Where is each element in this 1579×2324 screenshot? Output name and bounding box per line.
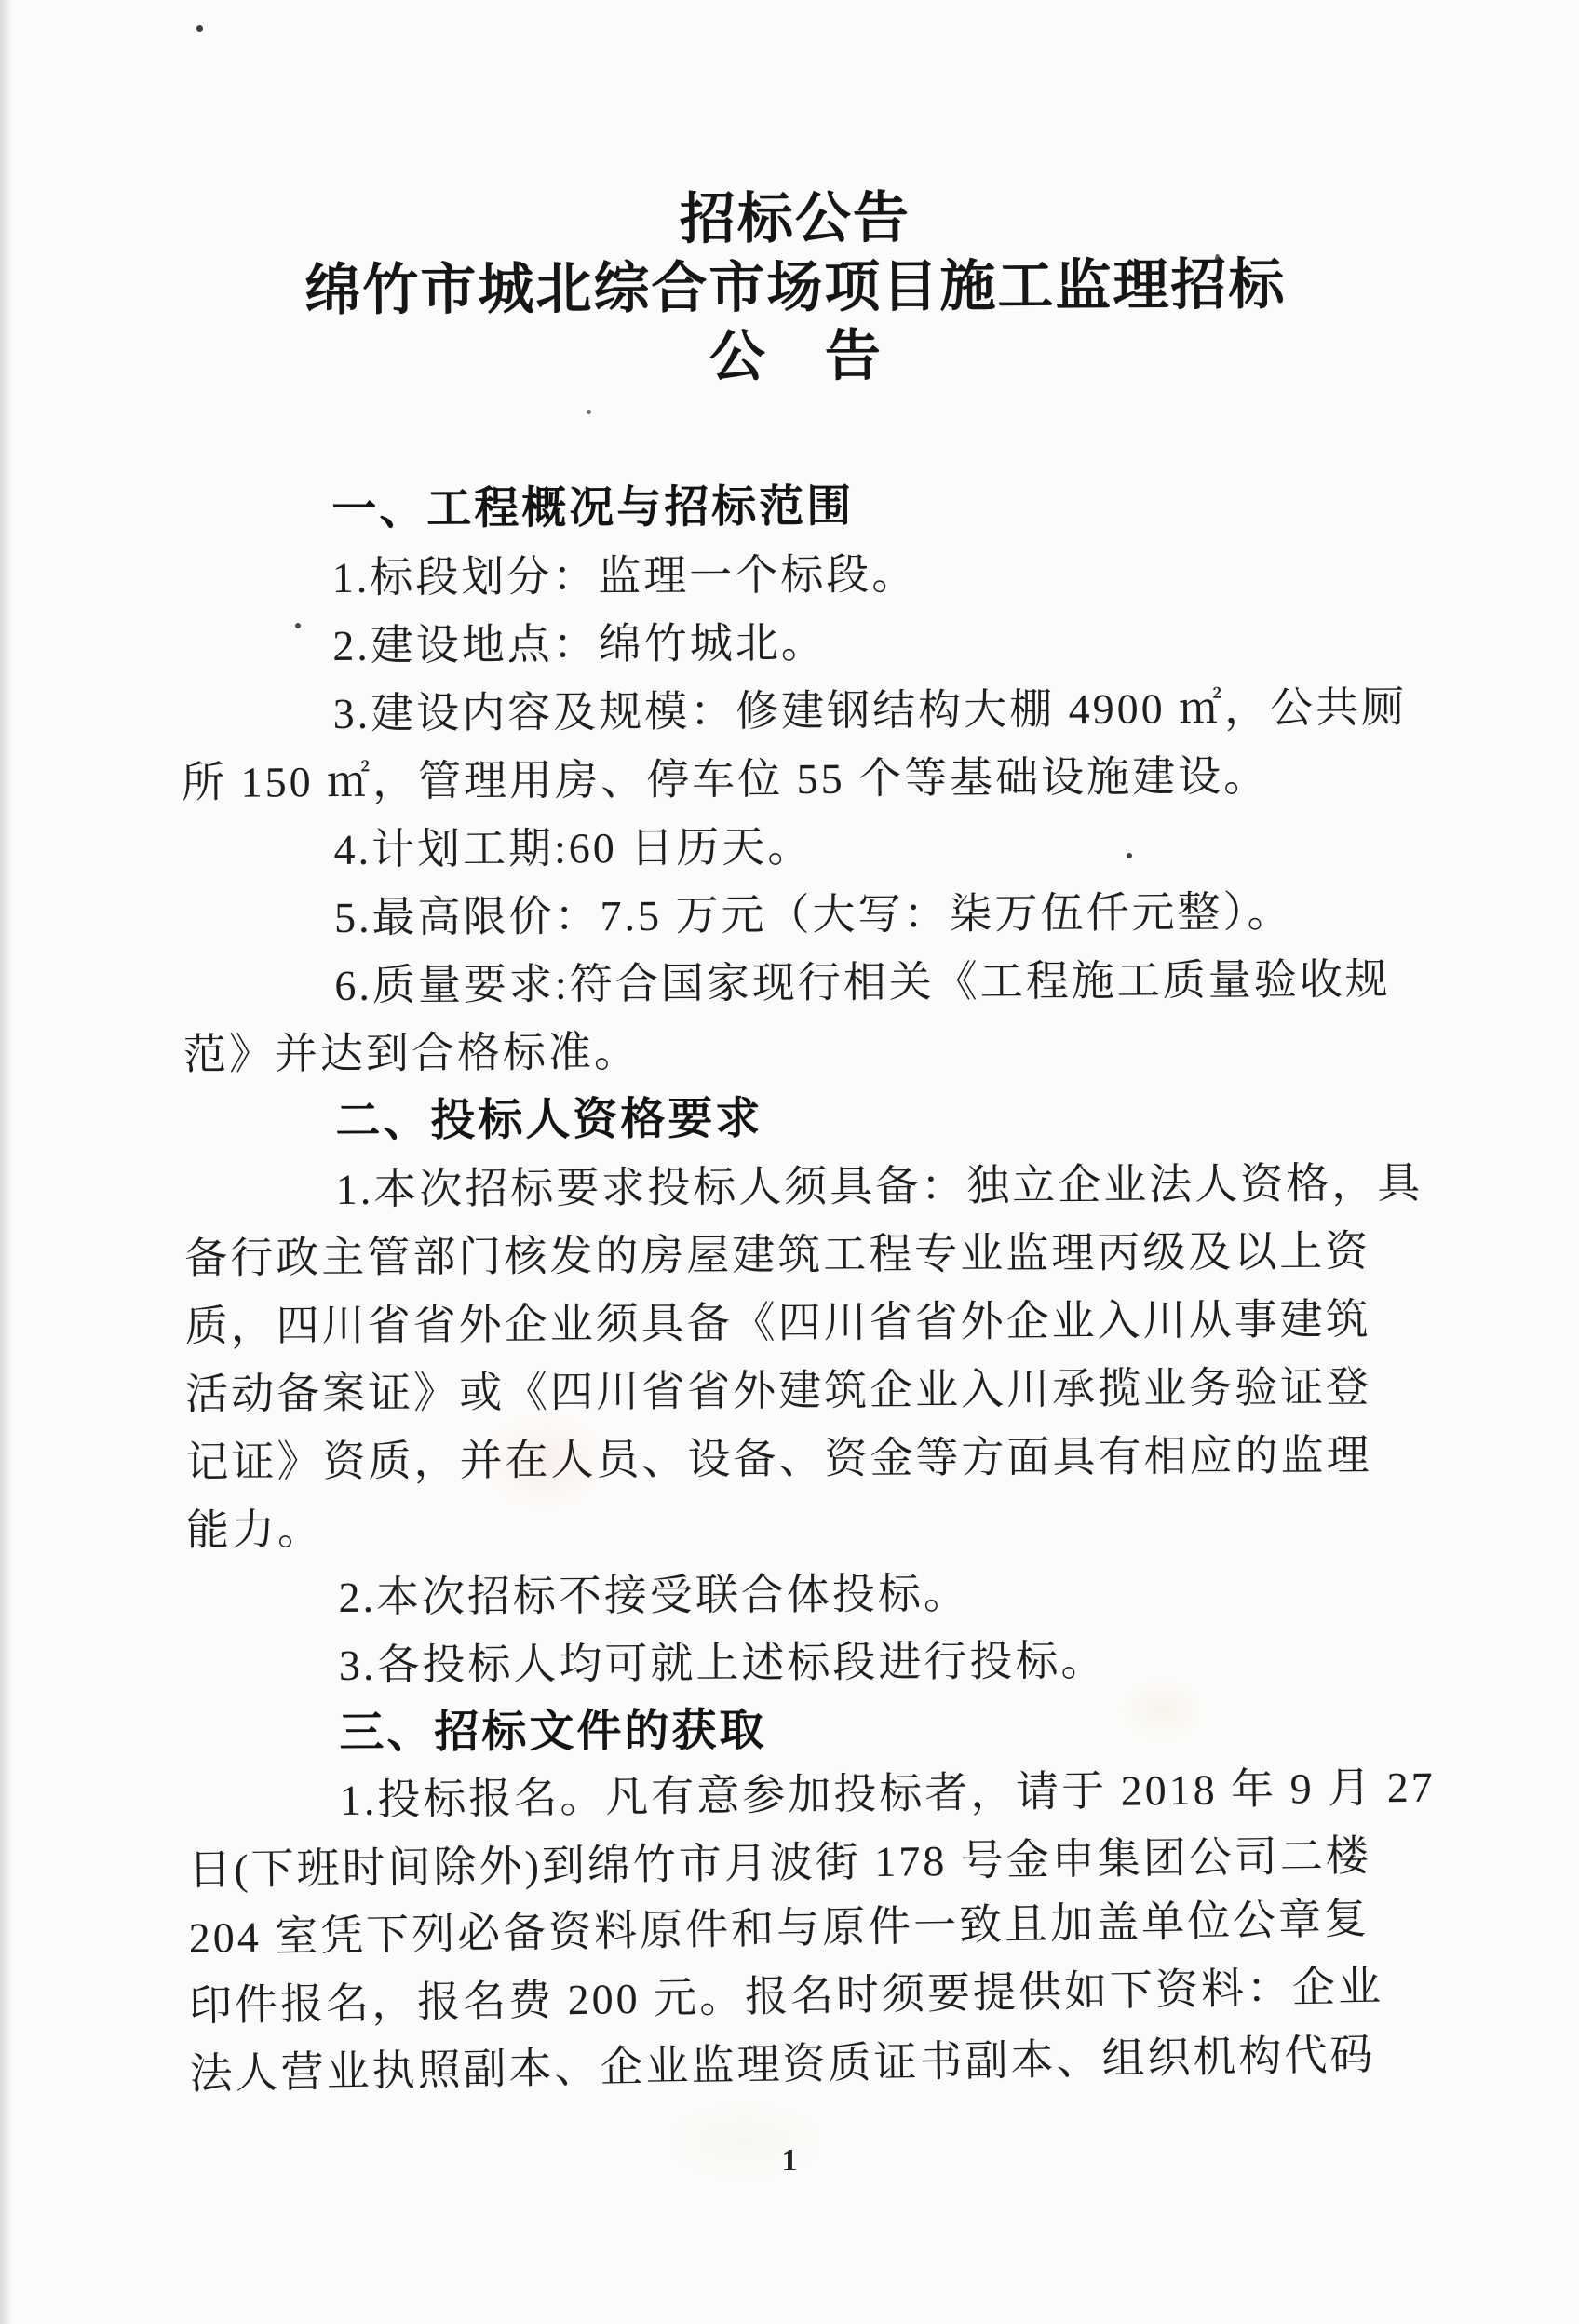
document-body: 一、工程概况与招标范围 1.标段划分：监理一个标段。 2.建设地点：绵竹城北。 … [180, 469, 1424, 2108]
body-line: 6.质量要求:符合国家现行相关《工程施工质量验收规 [182, 945, 1416, 1020]
body-line: 1.标段划分：监理一个标段。 [181, 537, 1414, 613]
doc-title-line-3: 公 告 [179, 318, 1412, 395]
body-line: 4.计划工期:60 日历天。 [182, 809, 1415, 885]
scan-edge-shadow [0, 0, 13, 2324]
body-line: 2.建设地点：绵竹城北。 [181, 605, 1414, 681]
page-number: 1 [0, 2143, 1579, 2179]
section-heading-2: 二、投标人资格要求 [183, 1081, 1417, 1156]
body-line: 能力。 [186, 1489, 1420, 1564]
document-content: 招标公告 绵竹市城北综合市场项目施工监理招标 公 告 一、工程概况与招标范围 1… [177, 0, 1424, 2108]
body-line: 3.各投标人均可就上述标段进行投标。 [187, 1625, 1421, 1700]
document-page: 招标公告 绵竹市城北综合市场项目施工监理招标 公 告 一、工程概况与招标范围 1… [0, 0, 1579, 2324]
body-line: 记证》资质，并在人员、设备、资金等方面具有相应的监理 [185, 1421, 1419, 1496]
body-line: 1.本次招标要求投标人须具备：独立企业法人资格，具 [184, 1149, 1418, 1224]
body-line: 范》并达到合格标准。 [183, 1013, 1417, 1088]
title-block: 招标公告 绵竹市城北综合市场项目施工监理招标 公 告 [178, 181, 1412, 395]
body-line: 活动备案证》或《四川省省外建筑企业入川承揽业务验证登 [185, 1353, 1419, 1428]
body-line: 5.最高限价：7.5 万元（大写：柒万伍仟元整）。 [182, 877, 1416, 953]
body-line: 2.本次招标不接受联合体投标。 [186, 1557, 1420, 1632]
section-heading-1: 一、工程概况与招标范围 [180, 469, 1413, 545]
doc-title-line-1: 招标公告 [178, 181, 1411, 257]
doc-title-line-2: 绵竹市城北综合市场项目施工监理招标 [179, 250, 1412, 326]
body-line: 所 150 ㎡，管理用房、停车位 55 个等基础设施建设。 [182, 741, 1415, 817]
body-line: 备行政主管部门核发的房屋建筑工程专业监理丙级及以上资 [184, 1217, 1418, 1292]
body-line: 质，四川省省外企业须具备《四川省省外企业入川从事建筑 [184, 1285, 1418, 1360]
body-line: 3.建设内容及规模：修建钢结构大棚 4900 ㎡，公共厕 [181, 673, 1414, 749]
